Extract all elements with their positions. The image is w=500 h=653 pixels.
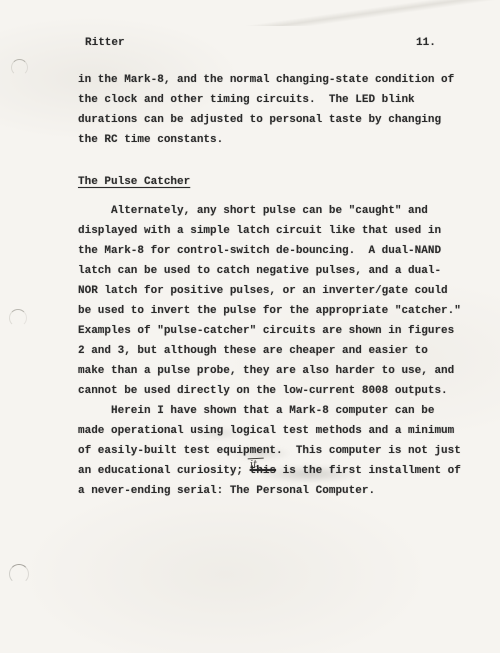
typed-line: a never-ending serial: The Personal Comp…	[78, 481, 461, 501]
section-heading: The Pulse Catcher	[78, 172, 190, 192]
typed-line: of easily-built test equipment. This com…	[78, 441, 461, 461]
typed-line: made operational using logical test meth…	[78, 421, 461, 441]
typed-line: cannot be used directly on the low-curre…	[78, 381, 461, 401]
typed-line-with-correction: an educational curiosity; this is the fi…	[78, 461, 461, 481]
typed-line: the Mark-8 for control-switch de-bouncin…	[78, 241, 461, 261]
page-number: 11.	[416, 33, 436, 53]
typed-line: Examples of "pulse-catcher" circuits are…	[78, 321, 461, 341]
typed-line: durations can be adjusted to personal ta…	[78, 110, 454, 130]
typed-line: NOR latch for positive pulses, or an inv…	[78, 281, 461, 301]
typed-line: 2 and 3, but although these are cheaper …	[78, 341, 461, 361]
typed-line: the clock and other timing circuits. The…	[78, 90, 454, 110]
typed-line: in the Mark-8, and the normal changing-s…	[78, 70, 454, 90]
typed-line: latch can be used to catch negative puls…	[78, 261, 461, 281]
hole-punch-top	[11, 59, 28, 76]
page-header: Ritter 11.	[0, 33, 500, 53]
line-suffix: is the first installment of	[276, 465, 461, 477]
paper-crease	[240, 0, 500, 26]
line-prefix: an educational curiosity;	[78, 465, 250, 477]
hole-punch-middle	[9, 309, 27, 327]
typed-line: displayed with a simple latch circuit li…	[78, 221, 461, 241]
paragraph-conclusion: Herein I have shown that a Mark-8 comput…	[78, 401, 461, 501]
handwritten-correction: it	[248, 458, 265, 471]
paragraph-pulse-catcher: Alternately, any short pulse can be "cau…	[78, 201, 461, 401]
typed-line: the RC time constants.	[78, 130, 454, 150]
manuscript-page: Ritter 11. in the Mark-8, and the normal…	[0, 0, 500, 653]
typed-line: Herein I have shown that a Mark-8 comput…	[78, 401, 461, 421]
typed-line: make than a pulse probe, they are also h…	[78, 361, 461, 381]
typed-line: Alternately, any short pulse can be "cau…	[78, 201, 461, 221]
paragraph-intro: in the Mark-8, and the normal changing-s…	[78, 70, 454, 150]
hole-punch-bottom	[9, 564, 29, 584]
author-name: Ritter	[85, 33, 125, 53]
typed-line: be used to invert the pulse for the appr…	[78, 301, 461, 321]
